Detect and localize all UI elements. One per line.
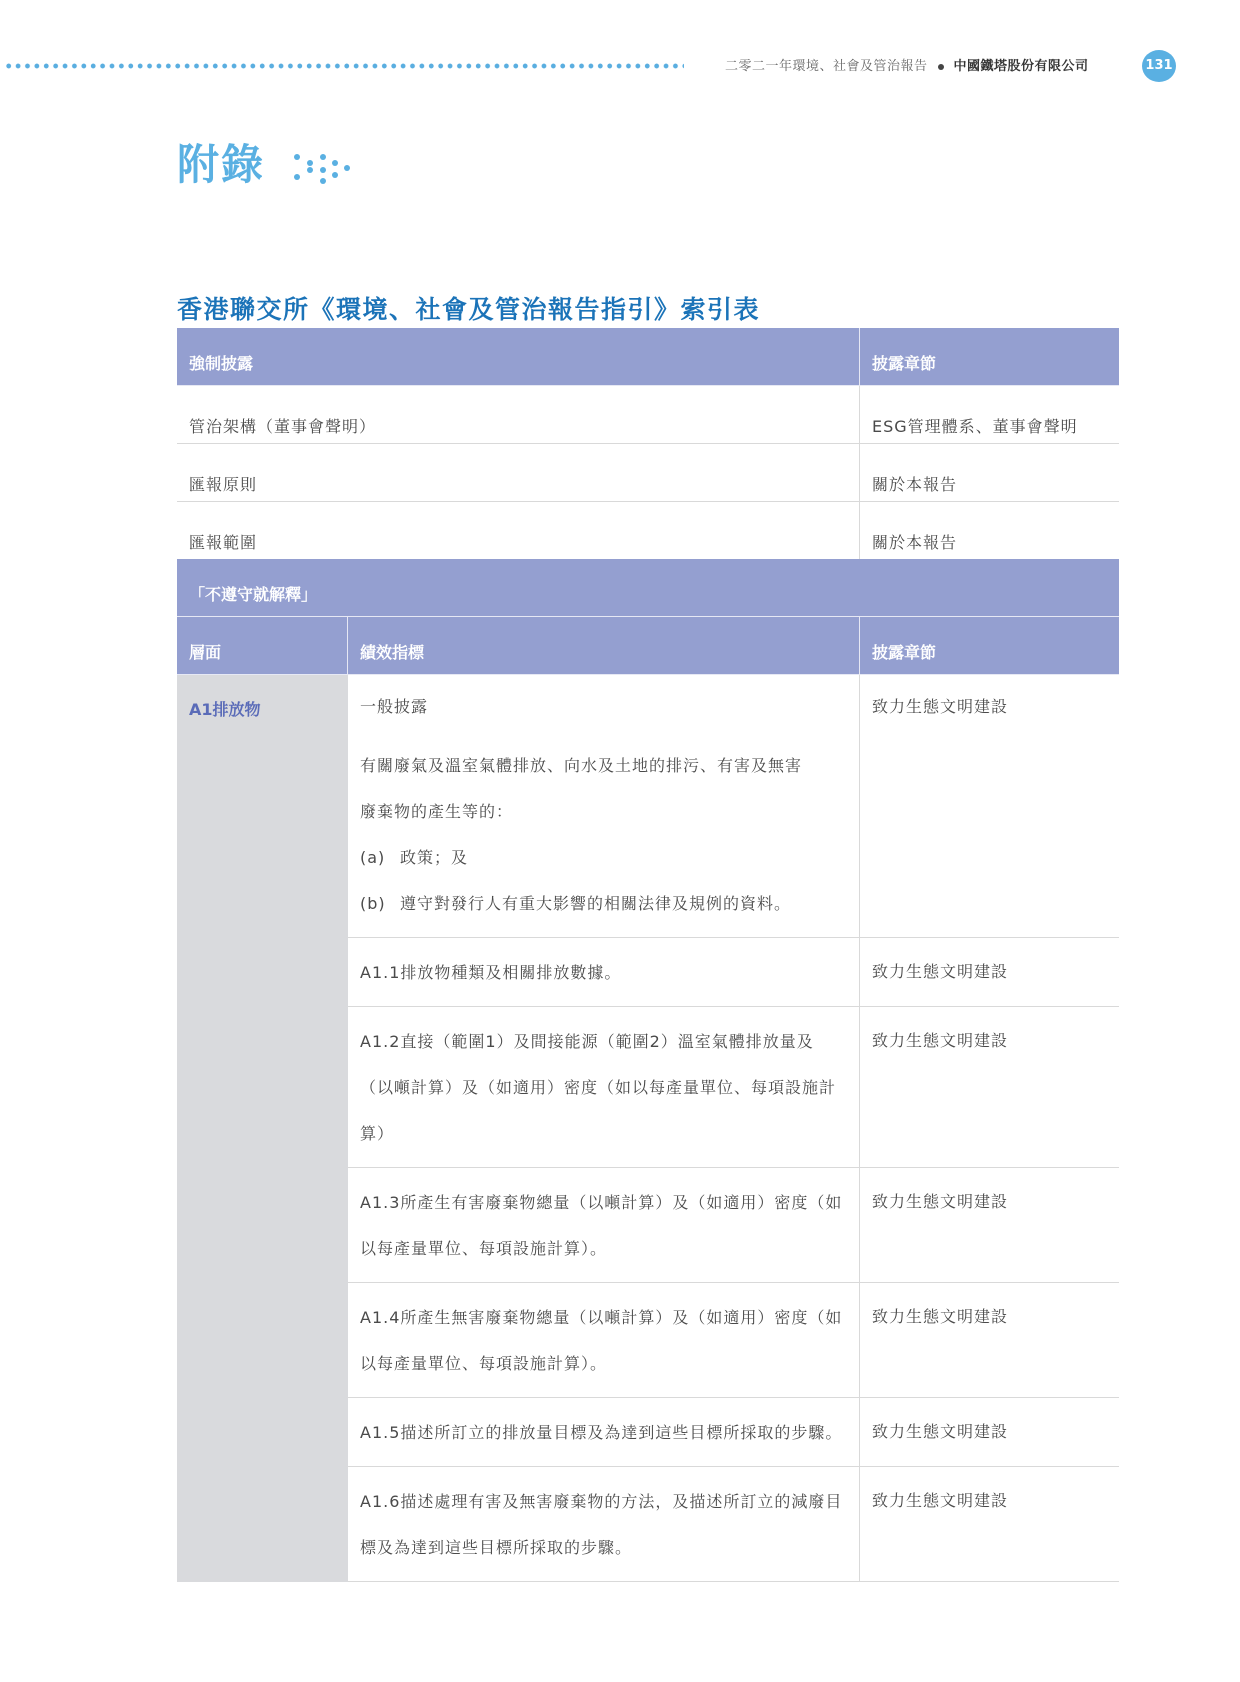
kpi-a1-3: A1.3所產生有害廢棄物總量（以噸計算）及（如適用）密度（如以每產量單位、每項設… [348,1168,860,1282]
table-row: 匯報範圍 關於本報告 [177,502,1119,559]
table-row: A1.3所產生有害廢棄物總量（以噸計算）及（如適用）密度（如以每產量單位、每項設… [348,1168,1119,1283]
header-mandatory-disclosure: 強制披露 [177,328,860,385]
mandatory-item: 匯報範圍 [177,502,860,559]
general-disclosure-item-b: (b)遵守對發行人有重大影響的相關法律及規例的資料。 [360,881,847,927]
aspect-a1: A1排放物 [177,675,348,1582]
kpi-chapter: 致力生態文明建設 [860,1398,1119,1466]
table-row: 管治架構（董事會聲明） ESG管理體系、董事會聲明 [177,386,1119,444]
kpi-a1-6: A1.6描述處理有害及無害廢棄物的方法，及描述所訂立的減廢目標及為達到這些目標所… [348,1467,860,1581]
kpi-chapter: 致力生態文明建設 [860,1283,1119,1397]
kpi-chapter: 致力生態文明建設 [860,938,1119,1006]
general-disclosure-chapter: 致力生態文明建設 [860,675,1119,937]
kpi-chapter: 致力生態文明建設 [860,1467,1119,1581]
general-disclosure-line: 廢棄物的產生等的： [360,789,847,835]
table-row: 匯報原則 關於本報告 [177,444,1119,502]
kpi-a1-2: A1.2直接（範圍1）及間接能源（範圍2）溫室氣體排放量及（以噸計算）及（如適用… [348,1007,860,1167]
running-header: 二零二一年環境、社會及管治報告中國鐵塔股份有限公司 [725,55,1089,74]
page-number-badge: 131 [1142,50,1176,82]
mandatory-chapter: 關於本報告 [860,502,1119,559]
header-aspect: 層面 [177,617,348,674]
kpi-chapter: 致力生態文明建設 [860,1168,1119,1282]
table-row: A1.4所產生無害廢棄物總量（以噸計算）及（如適用）密度（如以每產量單位、每項設… [348,1283,1119,1398]
kpi-a1-5: A1.5描述所訂立的排放量目標及為達到這些目標所採取的步驟。 [348,1398,860,1466]
section-title-text: 附錄 [177,140,265,189]
table-title: 香港聯交所《環境、社會及管治報告指引》索引表 [177,290,760,326]
kpi-a1-1: A1.1排放物種類及相關排放數據。 [348,938,860,1006]
kpi-a1-4: A1.4所產生無害廢棄物總量（以噸計算）及（如適用）密度（如以每產量單位、每項設… [348,1283,860,1397]
mandatory-header-row: 強制披露 披露章節 [177,328,1119,386]
decorative-dotted-rule [4,63,684,69]
a1-emissions-section: A1排放物 一般披露 有關廢氣及溫室氣體排放、向水及土地的排污、有害及無害 廢棄… [177,675,1119,1582]
header-kpi: 績效指標 [348,617,860,674]
report-title: 二零二一年環境、社會及管治報告 [725,59,928,74]
mandatory-item: 管治架構（董事會聲明） [177,386,860,443]
general-disclosure-item-a: (a)政策；及 [360,835,847,881]
mandatory-item: 匯報原則 [177,444,860,501]
company-name: 中國鐵塔股份有限公司 [954,59,1089,74]
general-disclosure-title: 一般披露 [360,697,847,717]
general-disclosure: 一般披露 有關廢氣及溫室氣體排放、向水及土地的排污、有害及無害 廢棄物的產生等的… [348,675,860,937]
table-row: 一般披露 有關廢氣及溫室氣體排放、向水及土地的排污、有害及無害 廢棄物的產生等的… [348,675,1119,938]
header-disclosure-chapter: 披露章節 [860,328,1119,385]
mandatory-chapter: 關於本報告 [860,444,1119,501]
kpi-chapter: 致力生態文明建設 [860,1007,1119,1167]
table-row: A1.5描述所訂立的排放量目標及為達到這些目標所採取的步驟。 致力生態文明建設 [348,1398,1119,1467]
kpi-header-row: 層面 績效指標 披露章節 [177,617,1119,675]
comply-or-explain-label: 「不遵守就解釋」 [177,559,1119,616]
section-title: 附錄 [177,132,350,192]
table-row: A1.6描述處理有害及無害廢棄物的方法，及描述所訂立的減廢目標及為達到這些目標所… [348,1467,1119,1582]
comply-or-explain-header: 「不遵守就解釋」 [177,559,1119,617]
table-row: A1.1排放物種類及相關排放數據。 致力生態文明建設 [348,938,1119,1007]
esg-index-table: 強制披露 披露章節 管治架構（董事會聲明） ESG管理體系、董事會聲明 匯報原則… [177,328,1119,1582]
bullet-separator-icon [938,64,944,70]
header-chapter: 披露章節 [860,617,1119,674]
mandatory-chapter: ESG管理體系、董事會聲明 [860,386,1119,443]
table-row: A1.2直接（範圍1）及間接能源（範圍2）溫室氣體排放量及（以噸計算）及（如適用… [348,1007,1119,1168]
general-disclosure-line: 有關廢氣及溫室氣體排放、向水及土地的排污、有害及無害 [360,743,847,789]
decorative-dots-icon [294,150,350,186]
